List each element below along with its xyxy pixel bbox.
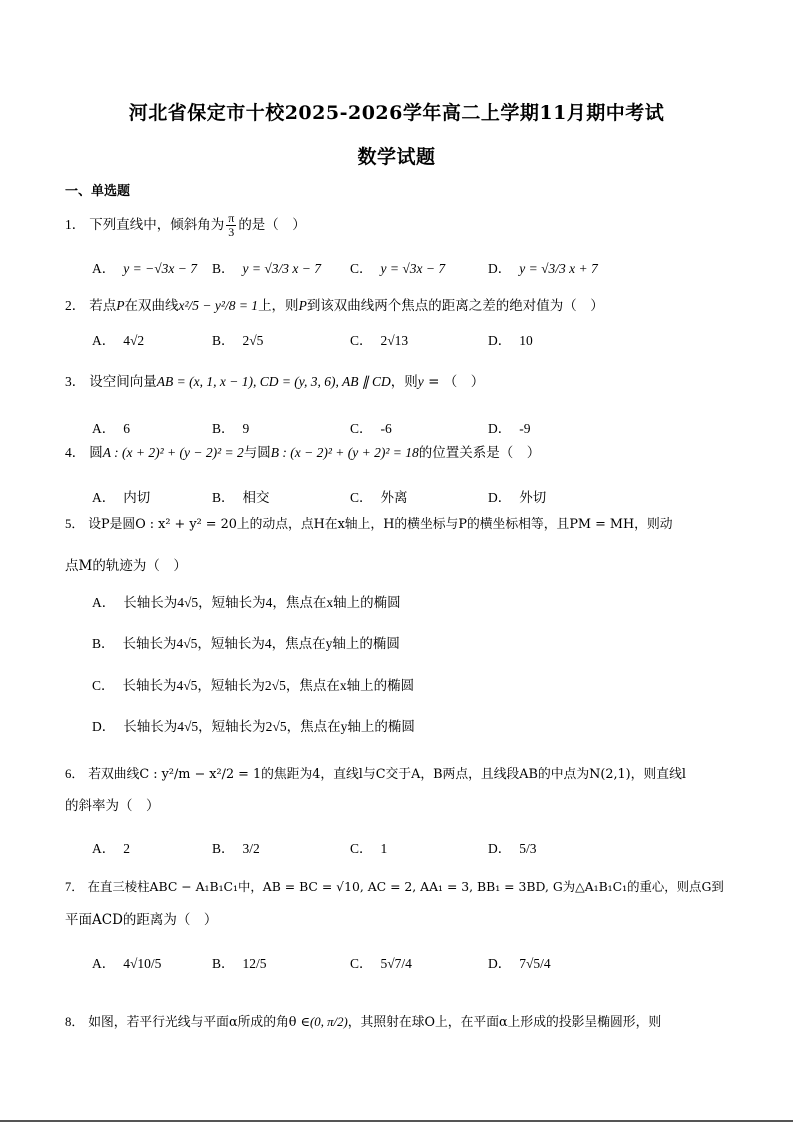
option-text: 2√13	[381, 333, 409, 348]
option-text: y = √3/3 x − 7	[243, 261, 322, 276]
question-text: 若双曲线C : y²/m − x²/2 = 1的焦距为4，直线l与C交于A，B两…	[88, 767, 686, 782]
question-text: 的是（ ）	[238, 217, 306, 233]
question-7-continued: 平面ACD的距离为（ ）	[65, 910, 217, 930]
question-text: 到该双曲线两个焦点的距离之差的绝对值为（ ）	[307, 298, 604, 314]
question-text: = （ ）	[424, 374, 484, 390]
question-7: 7．在直三棱柱ABC − A₁B₁C₁中，AB = BC = √10, AC =…	[65, 877, 724, 897]
math-equation: x²/5 − y²/8 = 1	[179, 298, 259, 313]
math-var: P	[299, 298, 307, 313]
option-d: D．长轴长为4√5，短轴长为2√5，焦点在y轴上的椭圆	[92, 715, 415, 735]
option-label: B．	[212, 490, 235, 505]
question-number: 3．	[65, 374, 85, 389]
option-label: A．	[92, 421, 115, 436]
option-b: B．y = √3/3 x − 7	[212, 257, 321, 277]
option-text: 5/3	[519, 841, 536, 856]
option-text: 长轴长为4√5，短轴长为2√5，焦点在x轴上的椭圆	[123, 678, 415, 693]
question-2: 2．若点P在双曲线x²/5 − y²/8 = 1上，则P到该双曲线两个焦点的距离…	[65, 296, 604, 316]
option-label: B．	[212, 841, 235, 856]
option-label: D．	[488, 333, 511, 348]
question-text: 的位置关系是（ ）	[419, 445, 541, 461]
option-label: B．	[212, 421, 235, 436]
option-b: B．9	[212, 417, 249, 437]
question-text: 若点	[89, 298, 116, 314]
option-text: 10	[519, 333, 533, 348]
option-text: 12/5	[243, 956, 267, 971]
question-number: 4．	[65, 445, 85, 460]
option-text: 7√5/4	[519, 956, 550, 971]
question-text: 与圆	[244, 445, 271, 461]
document-subtitle: 数学试题	[0, 142, 793, 169]
option-c: C．2√13	[350, 329, 408, 349]
option-d: D．-9	[488, 417, 531, 437]
option-label: B．	[212, 956, 235, 971]
option-a: A．6	[92, 417, 130, 437]
option-a: A．长轴长为4√5，短轴长为4，焦点在x轴上的椭圆	[92, 591, 401, 611]
option-label: C．	[350, 490, 373, 505]
option-text: 1	[381, 841, 388, 856]
math-equation: B : (x − 2)² + (y + 2)² = 18	[271, 445, 419, 460]
option-text: 2√5	[243, 333, 264, 348]
fraction: π3	[226, 212, 236, 239]
math-var: P	[116, 298, 124, 313]
option-d: D．10	[488, 329, 533, 349]
option-text: 长轴长为4√5，短轴长为2√5，焦点在y轴上的椭圆	[123, 719, 415, 734]
option-d: D．外切	[488, 486, 546, 506]
question-text: 设P是圆O : x² + y² = 20上的动点，点H在x轴上，H的横坐标与P的…	[88, 517, 672, 532]
question-text: 点M的轨迹为（ ）	[65, 558, 187, 574]
option-b: B．2√5	[212, 329, 263, 349]
question-number: 1．	[65, 217, 85, 232]
math-equation: AB = (x, 1, x − 1), CD = (y, 3, 6), AB ∥…	[157, 374, 391, 389]
option-c: C．外离	[350, 486, 408, 506]
option-label: B．	[212, 333, 235, 348]
option-text: 5√7/4	[381, 956, 412, 971]
option-b: B．相交	[212, 486, 270, 506]
option-text: y = √3/3 x + 7	[519, 261, 598, 276]
option-text: 长轴长为4√5，短轴长为4，焦点在y轴上的椭圆	[123, 636, 400, 651]
option-label: D．	[488, 261, 511, 276]
question-number: 7．	[65, 880, 84, 894]
question-text: ，其照射在球O上，在平面α上形成的投影呈椭圆形，则	[348, 1015, 661, 1030]
option-d: D．7√5/4	[488, 952, 551, 972]
option-label: D．	[488, 490, 511, 505]
option-text: 2	[123, 841, 130, 856]
option-text: 外切	[519, 490, 546, 505]
option-d: D．5/3	[488, 837, 537, 857]
question-6: 6．若双曲线C : y²/m − x²/2 = 1的焦距为4，直线l与C交于A，…	[65, 764, 686, 785]
question-5-continued: 点M的轨迹为（ ）	[65, 556, 187, 576]
question-text: 的斜率为（ ）	[65, 798, 160, 814]
exam-page: 河北省保定市十校2025-2026学年高二上学期11月期中考试 数学试题 一、单…	[0, 0, 793, 1120]
option-c: C．y = √3x − 7	[350, 257, 445, 277]
option-label: C．	[350, 956, 373, 971]
question-number: 5．	[65, 517, 84, 531]
math-equation: A : (x + 2)² + (y − 2)² = 2	[103, 445, 244, 460]
numerator: π	[226, 212, 236, 226]
option-a: A．4√10/5	[92, 952, 161, 972]
denominator: 3	[226, 226, 236, 239]
question-text: 在双曲线	[125, 298, 179, 314]
option-text: y = −√3x − 7	[123, 261, 197, 276]
question-text: 设空间向量	[89, 374, 157, 390]
option-text: 外离	[381, 490, 408, 505]
option-text: -6	[381, 421, 392, 436]
question-text: 如图，若平行光线与平面α所成的角θ ∈	[88, 1015, 310, 1030]
option-label: C．	[350, 841, 373, 856]
option-label: A．	[92, 595, 115, 610]
question-6-continued: 的斜率为（ ）	[65, 796, 160, 816]
option-text: 长轴长为4√5，短轴长为4，焦点在x轴上的椭圆	[123, 595, 400, 610]
option-label: C．	[350, 421, 373, 436]
question-text: ，则	[391, 374, 418, 390]
question-number: 8．	[65, 1015, 84, 1029]
option-label: D．	[488, 421, 511, 436]
option-label: D．	[488, 841, 511, 856]
option-label: A．	[92, 333, 115, 348]
question-text: 圆	[89, 445, 103, 461]
option-label: B．	[92, 636, 115, 651]
option-b: B．12/5	[212, 952, 267, 972]
option-a: A．内切	[92, 486, 150, 506]
question-text: 平面ACD的距离为（ ）	[65, 912, 217, 928]
option-label: A．	[92, 490, 115, 505]
document-title: 河北省保定市十校2025-2026学年高二上学期11月期中考试	[0, 98, 793, 125]
option-label: A．	[92, 956, 115, 971]
question-number: 6．	[65, 767, 84, 781]
option-c: C．5√7/4	[350, 952, 412, 972]
question-5: 5．设P是圆O : x² + y² = 20上的动点，点H在x轴上，H的横坐标与…	[65, 514, 673, 535]
question-text: 在直三棱柱ABC − A₁B₁C₁中，AB = BC = √10, AC = 2…	[88, 879, 724, 894]
question-number: 2．	[65, 298, 85, 313]
question-text: 上，则	[258, 298, 299, 314]
option-label: D．	[488, 956, 511, 971]
option-text: 3/2	[243, 841, 260, 856]
option-a: A．y = −√3x − 7	[92, 257, 197, 277]
option-text: 内切	[123, 490, 150, 505]
option-d: D．y = √3/3 x + 7	[488, 257, 598, 277]
option-text: 9	[243, 421, 250, 436]
option-b: B．3/2	[212, 837, 260, 857]
question-8: 8．如图，若平行光线与平面α所成的角θ ∈(0, π/2)，其照射在球O上，在平…	[65, 1012, 661, 1033]
option-text: 4√2	[123, 333, 144, 348]
option-text: y = √3x − 7	[381, 261, 446, 276]
option-c: C．1	[350, 837, 387, 857]
option-text: 4√10/5	[123, 956, 161, 971]
math-interval: (0, π/2)	[310, 1015, 348, 1029]
option-label: A．	[92, 261, 115, 276]
question-text: 下列直线中，倾斜角为	[89, 217, 224, 233]
option-a: A．4√2	[92, 329, 144, 349]
option-text: 相交	[243, 490, 270, 505]
option-b: B．长轴长为4√5，短轴长为4，焦点在y轴上的椭圆	[92, 632, 400, 652]
option-label: C．	[350, 333, 373, 348]
option-c: C．-6	[350, 417, 392, 437]
section-heading: 一、单选题	[65, 180, 130, 199]
question-1: 1．下列直线中，倾斜角为π3的是（ ）	[65, 212, 306, 239]
option-label: C．	[92, 678, 115, 693]
option-label: B．	[212, 261, 235, 276]
option-text: 6	[123, 421, 130, 436]
option-label: C．	[350, 261, 373, 276]
option-c: C．长轴长为4√5，短轴长为2√5，焦点在x轴上的椭圆	[92, 674, 414, 694]
option-label: A．	[92, 841, 115, 856]
option-a: A．2	[92, 837, 130, 857]
option-text: -9	[519, 421, 530, 436]
question-3: 3．设空间向量AB = (x, 1, x − 1), CD = (y, 3, 6…	[65, 372, 484, 392]
question-4: 4．圆A : (x + 2)² + (y − 2)² = 2与圆B : (x −…	[65, 443, 540, 463]
option-label: D．	[92, 719, 115, 734]
